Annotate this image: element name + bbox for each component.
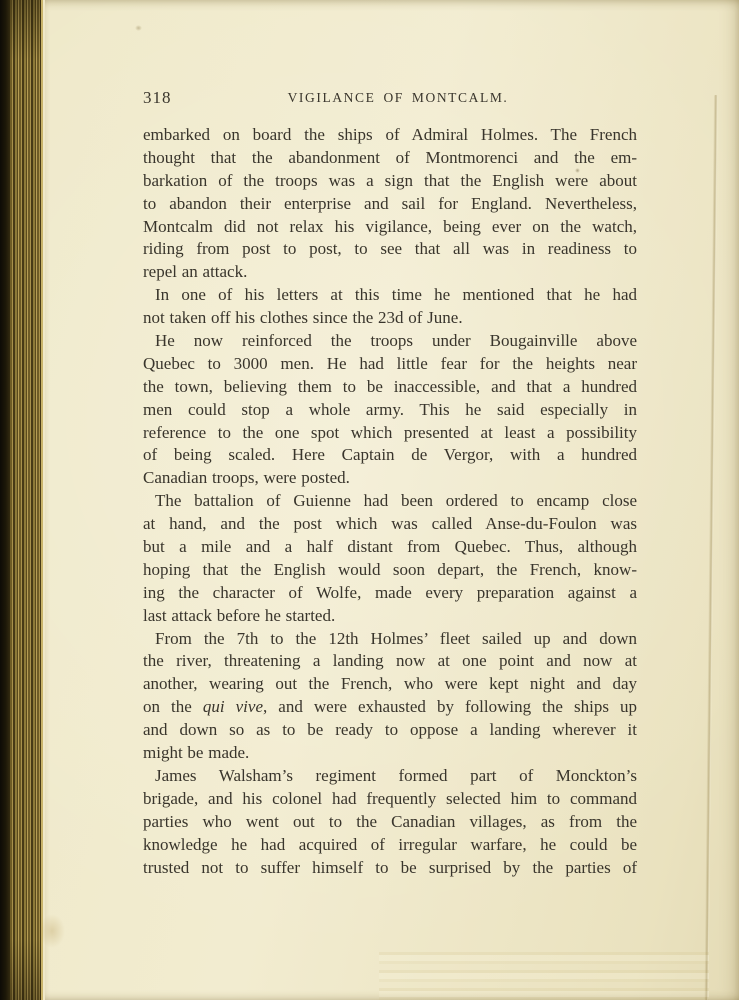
running-head: VIGILANCE OF MONTCALM. xyxy=(288,90,509,106)
text-line: at hand, and the post which was called A… xyxy=(143,513,637,536)
italic-phrase: qui vive xyxy=(203,697,263,716)
text-line: The battalion of Guienne had been ordere… xyxy=(143,490,637,513)
text-line: From the 7th to the 12th Holmes’ fleet s… xyxy=(143,628,637,651)
text-line: Montcalm did not relax his vigilance, be… xyxy=(143,216,637,239)
book-page: 318 VIGILANCE OF MONTCALM. embarked on b… xyxy=(45,0,739,1000)
text-line: He now reinforced the troops under Bouga… xyxy=(143,330,637,353)
text-line: hoping that the English would soon depar… xyxy=(143,559,637,582)
text-line: another, wearing out the French, who wer… xyxy=(143,673,637,696)
page-fore-edges xyxy=(10,0,43,1000)
printed-content: 318 VIGILANCE OF MONTCALM. embarked on b… xyxy=(143,88,637,879)
text-line: to abandon their enterprise and sail for… xyxy=(143,193,637,216)
text-line: men could stop a whole army. This he sai… xyxy=(143,399,637,422)
text-line: the town, believing them to be inaccessi… xyxy=(143,376,637,399)
book-binding-edge xyxy=(0,0,10,1000)
text-line: and down so as to be ready to oppose a l… xyxy=(143,719,637,742)
page-crease xyxy=(704,95,717,1000)
page-speck xyxy=(135,25,142,31)
text-line: thought that the abandonment of Montmore… xyxy=(143,147,637,170)
text-line: not taken off his clothes since the 23d … xyxy=(143,307,637,330)
text-line: the river, threatening a landing now at … xyxy=(143,650,637,673)
text-line: but a mile and a half distant from Quebe… xyxy=(143,536,637,559)
text-line: trusted not to suffer himself to be surp… xyxy=(143,857,637,880)
text-line: on the qui vive, and were exhausted by f… xyxy=(143,696,637,719)
text-line: Canadian troops, were posted. xyxy=(143,467,637,490)
page-number: 318 xyxy=(143,88,172,108)
text-line: ing the character of Wolfe, made every p… xyxy=(143,582,637,605)
text-line: barkation of the troops was a sign that … xyxy=(143,170,637,193)
text-line: might be made. xyxy=(143,742,637,765)
text-line: embarked on board the ships of Admiral H… xyxy=(143,124,637,147)
text-line: riding from post to post, to see that al… xyxy=(143,238,637,261)
text-line: In one of his letters at this time he me… xyxy=(143,284,637,307)
text-line: James Walsham’s regiment formed part of … xyxy=(143,765,637,788)
text-line: Quebec to 3000 men. He had little fear f… xyxy=(143,353,637,376)
text-line: knowledge he had acquired of irregular w… xyxy=(143,834,637,857)
text-line: repel an attack. xyxy=(143,261,637,284)
text-line: brigade, and his colonel had frequently … xyxy=(143,788,637,811)
text-line: of being scaled. Here Captain de Vergor,… xyxy=(143,444,637,467)
underpage-show-through xyxy=(379,952,709,1000)
text-line: last attack before he started. xyxy=(143,605,637,628)
scanned-book-photo: 318 VIGILANCE OF MONTCALM. embarked on b… xyxy=(0,0,739,1000)
text-line: parties who went out to the Canadian vil… xyxy=(143,811,637,834)
page-header: 318 VIGILANCE OF MONTCALM. xyxy=(143,88,637,108)
text-line: reference to the one spot which presente… xyxy=(143,422,637,445)
body-text: embarked on board the ships of Admiral H… xyxy=(143,124,637,879)
